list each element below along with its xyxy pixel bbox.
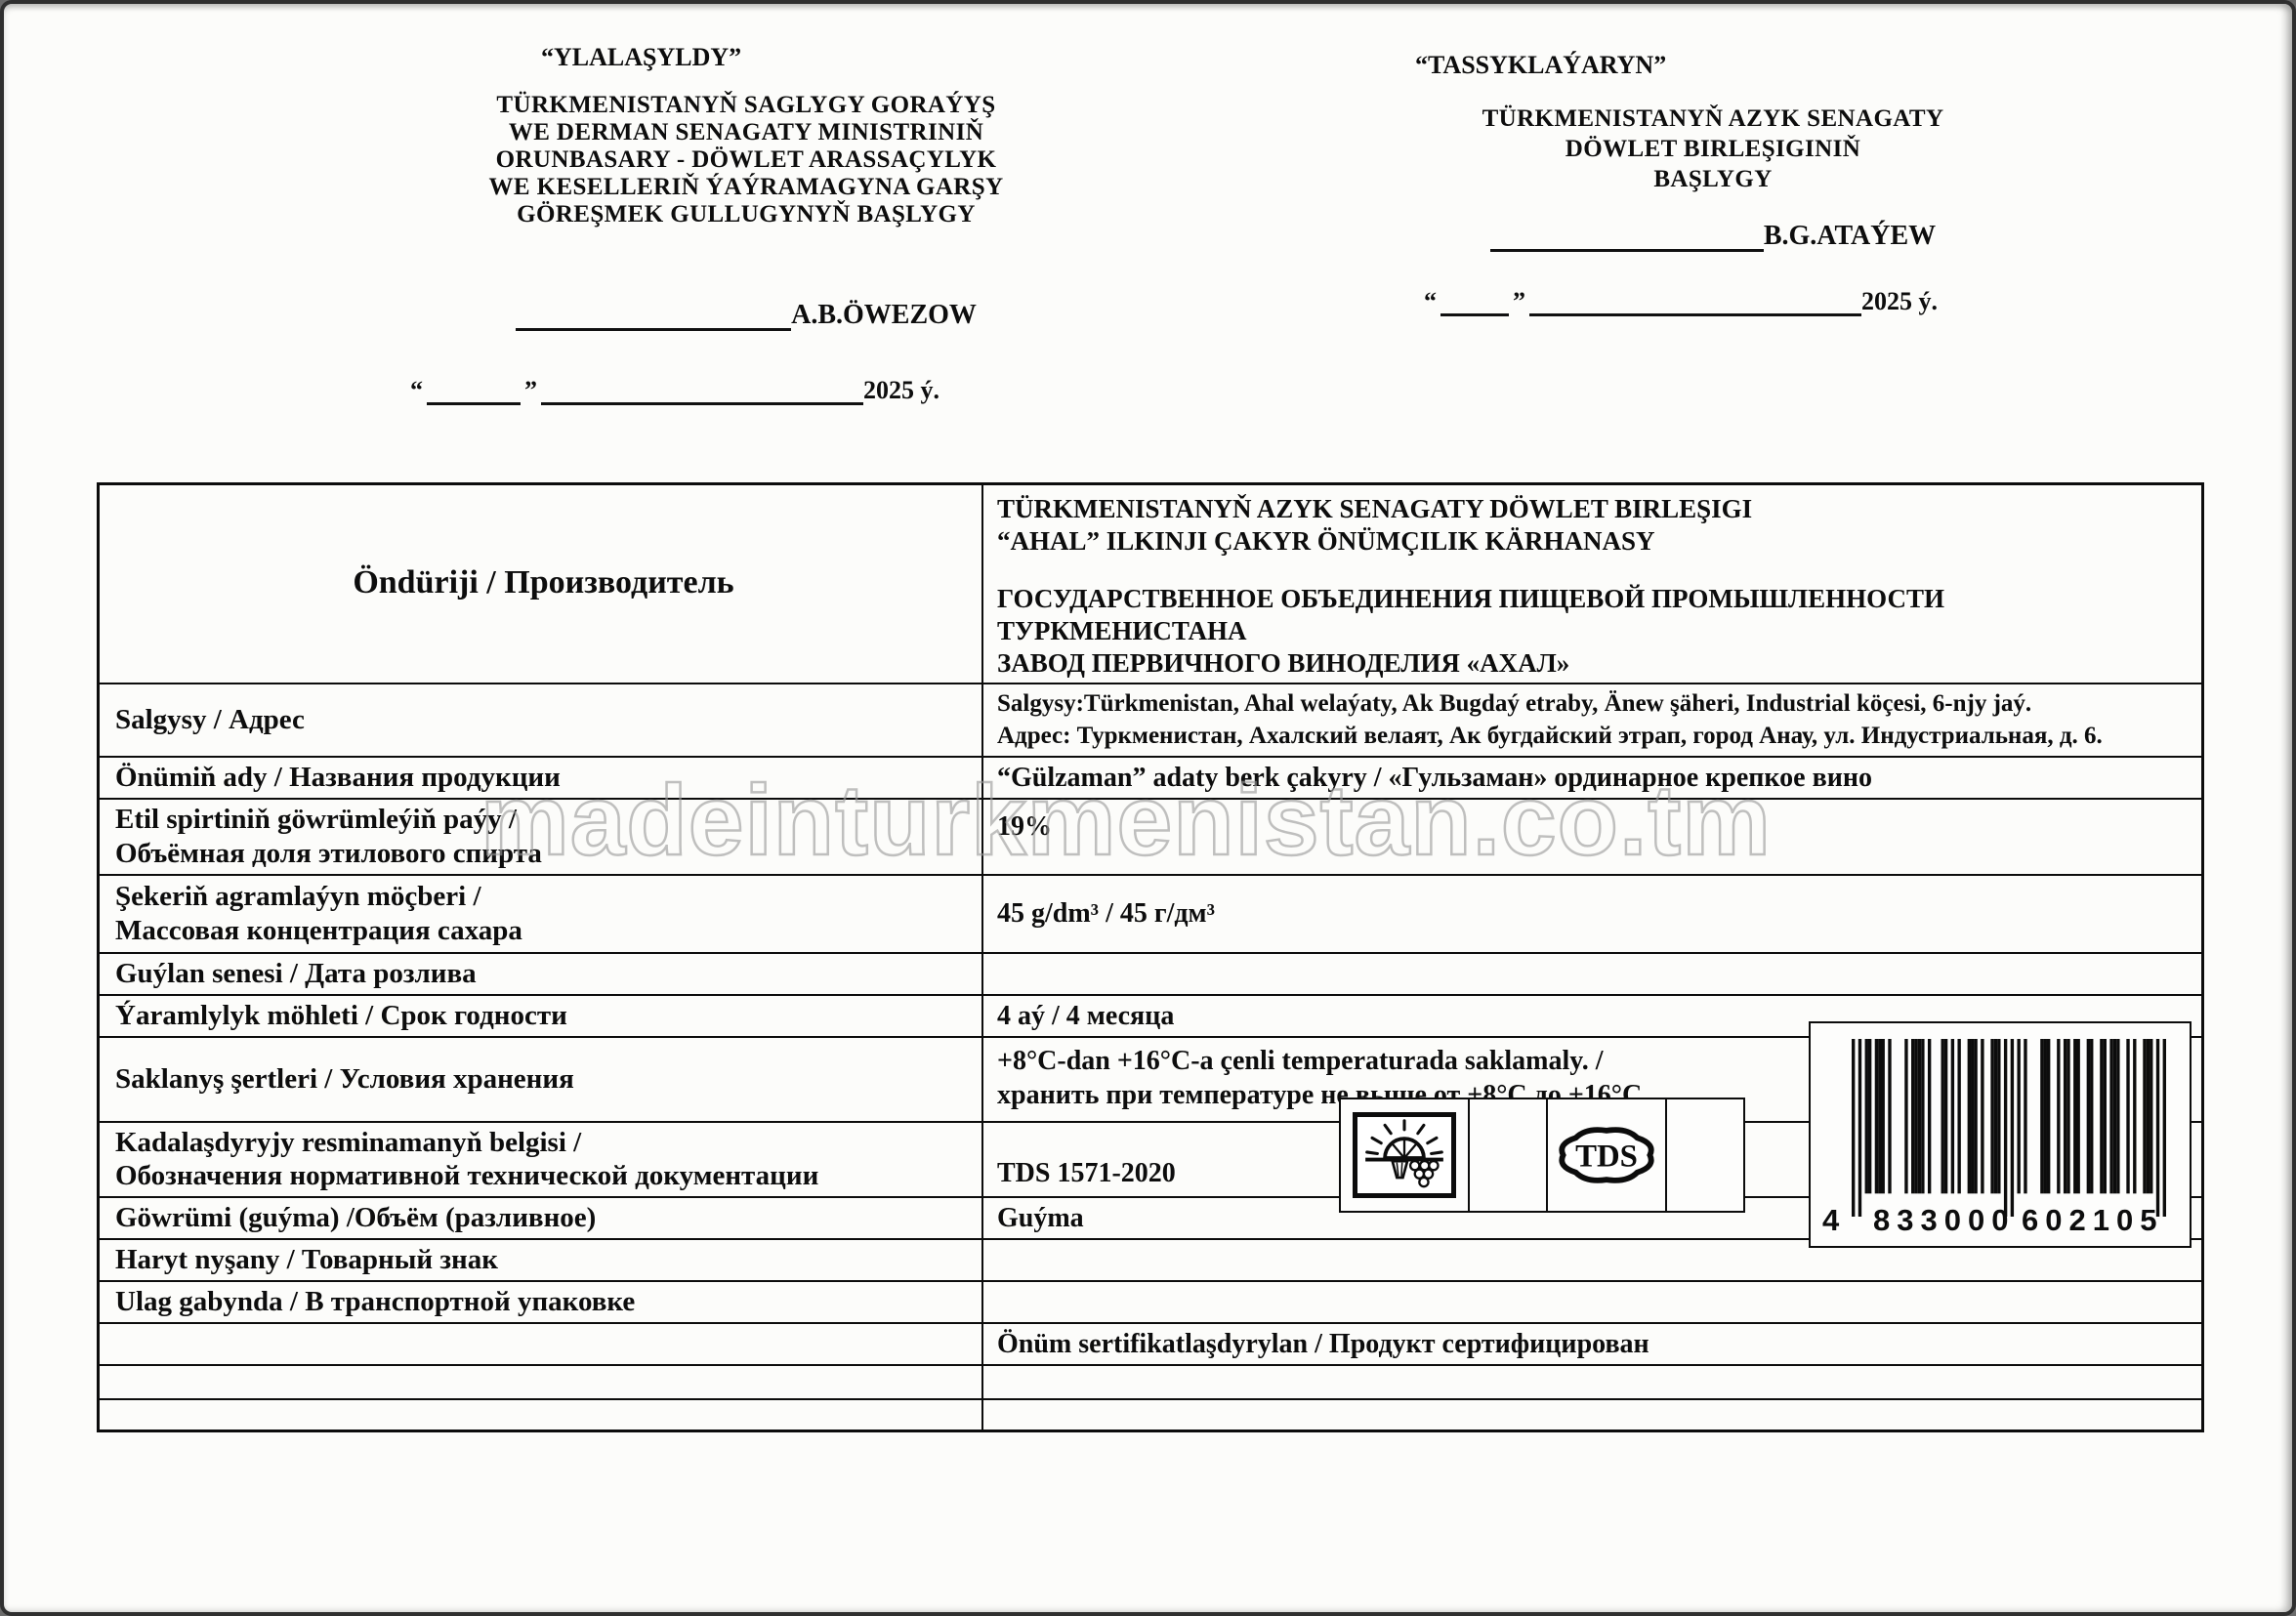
row-label: Öndüriji / Производитель	[100, 485, 983, 683]
barcode-digit-left: 4	[1822, 1203, 1846, 1238]
row-value: “Gülzaman” adaty berk çakyry / «Гульзама…	[983, 758, 2201, 798]
signature-row: B.G.ATAÝEW	[1361, 220, 2065, 252]
sun-grapes-emblem-icon	[1359, 1119, 1449, 1191]
date-day-line	[427, 377, 521, 405]
date-row: “”2025 ý.	[1361, 287, 2065, 316]
row-label-line: Массовая концентрация сахара	[115, 914, 972, 948]
approval-block-right: “TASSYKLAÝARYN” TÜRKMENISTANYŇ AZYK SENA…	[1361, 51, 2065, 316]
row-label-text: Haryt nyşany / Товарный знак	[115, 1243, 972, 1277]
row-value: 19%	[983, 800, 2201, 874]
row-value: 45 g/dm³ / 45 г/дм³	[983, 876, 2201, 952]
date-month-line	[541, 377, 863, 405]
approval-left-org-line: GÖREŞMEK GULLUGYNYŇ BAŞLYGY	[395, 201, 1098, 228]
table-row-alcohol: Etil spirtiniň göwrümleýiň paýy / Объёмн…	[100, 798, 2201, 874]
row-label: Guýlan senesi / Дата розлива	[100, 954, 983, 994]
row-label: Kadalaşdyryjy resminamanyň belgisi / Обо…	[100, 1123, 983, 1197]
row-value	[983, 1282, 2201, 1322]
address-line: Адрес: Туркменистан, Ахалский велаят, Ак…	[997, 720, 2192, 753]
row-value-text: “Gülzaman” adaty berk çakyry / «Гульзама…	[997, 761, 2192, 795]
table-row-bottling-date: Guýlan senesi / Дата розлива	[100, 952, 2201, 994]
row-label-text: Guýlan senesi / Дата розлива	[115, 957, 972, 991]
table-row-empty	[100, 1398, 2201, 1430]
producer-line: “AHAL” ILKINJI ÇAKYR ÖNÜMÇILIK KÄRHANASY	[997, 525, 2192, 558]
table-row-certified: Önüm sertifikatlaşdyrylan / Продукт серт…	[100, 1322, 2201, 1364]
quote-mark: “	[410, 376, 423, 405]
date-year: 2025 ý.	[863, 376, 939, 405]
approval-right-org-line: TÜRKMENISTANYŇ AZYK SENAGATY	[1361, 104, 2065, 134]
row-label-line: Kadalaşdyryjy resminamanyň belgisi /	[115, 1126, 972, 1160]
approval-right-org-line: DÖWLET BIRLEŞIGINIŇ	[1361, 134, 2065, 164]
row-label: Şekeriň agramlaýyn möçberi / Массовая ко…	[100, 876, 983, 952]
trademark-cell	[1341, 1099, 1468, 1211]
row-value	[983, 954, 2201, 994]
signer-name: A.B.ÖWEZOW	[791, 300, 977, 331]
signature-line	[516, 299, 791, 331]
date-row: “”2025 ý.	[395, 376, 1098, 405]
approval-left-org-line: ORUNBASARY - DÖWLET ARASSAÇYLYK	[395, 146, 1098, 174]
row-label-line: Şekeriň agramlaýyn möçberi /	[115, 880, 972, 914]
row-value	[983, 1400, 2201, 1430]
row-label-line: Обозначения нормативной технической доку…	[115, 1159, 972, 1193]
row-value-text: Önüm sertifikatlaşdyrylan / Продукт серт…	[997, 1327, 2192, 1361]
row-label	[100, 1324, 983, 1364]
tds-logo-text: TDS	[1575, 1139, 1638, 1175]
table-row-empty	[100, 1364, 2201, 1398]
row-value-text: 45 g/dm³ / 45 г/дм³	[997, 896, 2192, 931]
row-value: Salgysy:Türkmenistan, Ahal welaýaty, Ak …	[983, 684, 2201, 757]
scanned-document-page: “YLALAŞYLDY” TÜRKMENISTANYŇ SAGLYGY GORA…	[0, 0, 2296, 1616]
row-label: Haryt nyşany / Товарный знак	[100, 1240, 983, 1280]
logo-strip: TDS	[1339, 1098, 1745, 1213]
row-label	[100, 1400, 983, 1430]
row-label-text: Salgysy / Адрес	[115, 703, 972, 737]
row-value-text: 19%	[997, 811, 1052, 842]
approval-block-left: “YLALAŞYLDY” TÜRKMENISTANYŇ SAGLYGY GORA…	[395, 43, 1098, 405]
logo-strip-empty-cell	[1665, 1099, 1743, 1211]
row-label: Ýaramlylyk möhleti / Срок годности	[100, 996, 983, 1036]
table-row-product-name: Önümiň ady / Названия продукции “Gülzama…	[100, 756, 2201, 798]
barcode-digits-group1: 833000	[1873, 1203, 2015, 1238]
address-line: Salgysy:Türkmenistan, Ahal welaýaty, Ak …	[997, 687, 2192, 721]
row-value	[983, 1366, 2201, 1398]
table-row-producer: Öndüriji / Производитель TÜRKMENISTANYŇ …	[100, 485, 2201, 683]
signature-row: A.B.ÖWEZOW	[395, 299, 1098, 331]
row-label	[100, 1366, 983, 1398]
table-row-sugar: Şekeriň agramlaýyn möçberi / Массовая ко…	[100, 874, 2201, 952]
date-year: 2025 ý.	[1861, 287, 1938, 316]
barcode: 4 833000 602105	[1809, 1021, 2192, 1248]
row-label-text: Ulag gabynda / В транспортной упаковке	[115, 1285, 972, 1319]
approval-right-org-line: BAŞLYGY	[1361, 164, 2065, 194]
row-label: Etil spirtiniň göwrümleýiň paýy / Объёмн…	[100, 800, 983, 874]
row-label: Önümiň ady / Названия продукции	[100, 758, 983, 798]
signer-name: B.G.ATAÝEW	[1764, 221, 1936, 252]
producer-line: ЗАВОД ПЕРВИЧНОГО ВИНОДЕЛИЯ «АХАЛ»	[997, 647, 2192, 680]
quote-mark: ”	[1513, 287, 1525, 316]
barcode-bars-wrap	[1852, 1039, 2166, 1217]
approval-left-org-line: WE KESELLERIŇ ÝAÝRAMAGYNA GARŞY	[395, 174, 1098, 201]
row-value-text: TDS 1571-2020	[997, 1156, 1176, 1190]
producer-line: ГОСУДАРСТВЕННОЕ ОБЪЕДИНЕНИЯ ПИЩЕВОЙ ПРОМ…	[997, 583, 2192, 647]
row-value: Önüm sertifikatlaşdyrylan / Продукт серт…	[983, 1324, 2201, 1364]
approval-left-org-line: TÜRKMENISTANYŇ SAGLYGY GORAÝYŞ	[395, 92, 1098, 119]
row-value: TÜRKMENISTANYŇ AZYK SENAGATY DÖWLET BIRL…	[983, 485, 2201, 683]
barcode-bars	[1852, 1039, 2166, 1217]
product-spec-table: Öndüriji / Производитель TÜRKMENISTANYŇ …	[97, 482, 2204, 1432]
tds-logo-icon: TDS	[1552, 1120, 1661, 1190]
table-row-transport: Ulag gabynda / В транспортной упаковке	[100, 1280, 2201, 1322]
row-label: Göwrümi (guýma) /Объём (разливное)	[100, 1198, 983, 1238]
row-label-line: Etil spirtiniň göwrümleýiň paýy /	[115, 803, 972, 837]
row-label-text: Göwrümi (guýma) /Объём (разливное)	[115, 1201, 972, 1235]
logo-strip-empty-cell	[1468, 1099, 1546, 1211]
trademark-emblem-frame	[1353, 1112, 1456, 1198]
table-row-address: Salgysy / Адрес Salgysy:Türkmenistan, Ah…	[100, 683, 2201, 757]
producer-line: TÜRKMENISTANYŇ AZYK SENAGATY DÖWLET BIRL…	[997, 493, 2192, 525]
date-day-line	[1440, 288, 1509, 316]
tds-cell: TDS	[1546, 1099, 1665, 1211]
row-label-text: Önümiň ady / Названия продукции	[115, 761, 972, 795]
row-label-text: Saklanyş şertleri / Условия хранения	[115, 1062, 972, 1097]
row-label: Saklanyş şertleri / Условия хранения	[100, 1038, 983, 1121]
approval-left-org-line: WE DERMAN SENAGATY MINISTRINIŇ	[395, 119, 1098, 146]
row-label-line: Объёмная доля этилового спирта	[115, 837, 972, 871]
signature-line	[1490, 220, 1764, 252]
quote-mark: ”	[524, 376, 537, 405]
quote-mark: “	[1424, 287, 1437, 316]
row-label-text: Ýaramlylyk möhleti / Срок годности	[115, 999, 972, 1033]
row-label: Ulag gabynda / В транспортной упаковке	[100, 1282, 983, 1322]
approval-right-title: “TASSYKLAÝARYN”	[1361, 51, 2065, 80]
row-label: Salgysy / Адрес	[100, 684, 983, 757]
date-month-line	[1529, 288, 1861, 316]
approval-left-title: “YLALAŞYLDY”	[395, 43, 1098, 72]
barcode-digits-group2: 602105	[2022, 1203, 2163, 1238]
spacer	[997, 558, 2192, 583]
